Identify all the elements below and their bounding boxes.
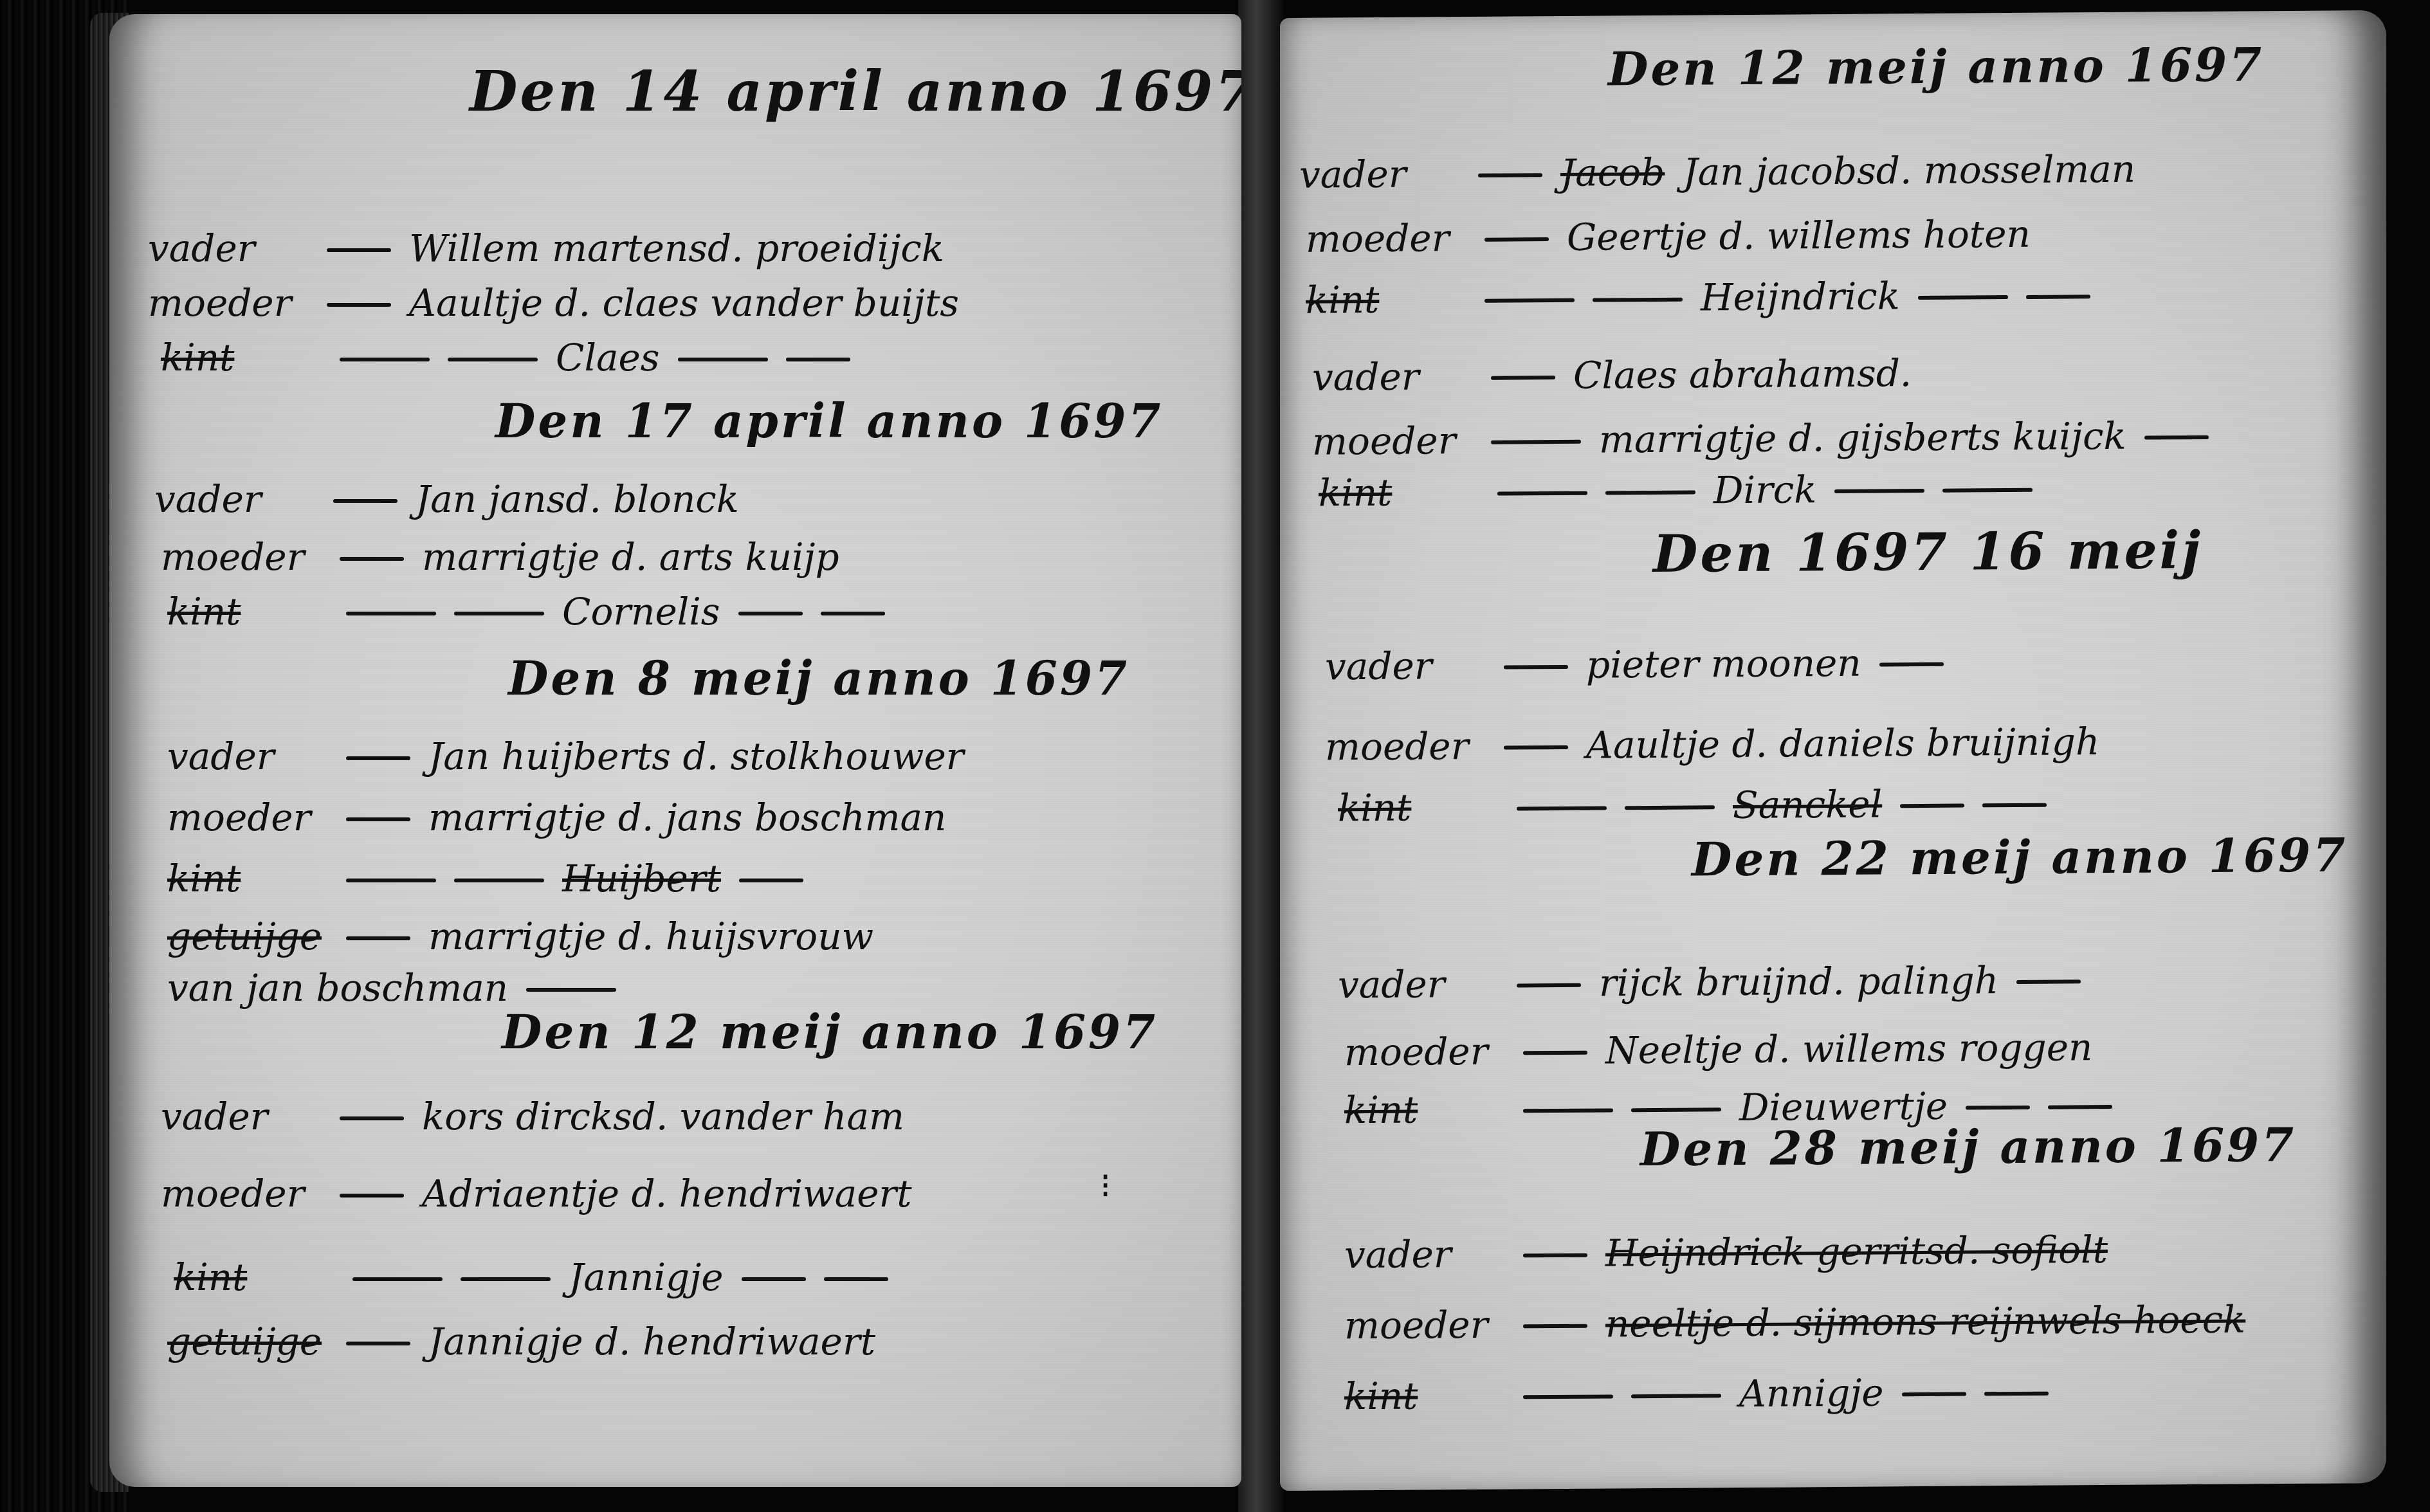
father-label: vader — [1325, 644, 1486, 689]
dash — [346, 756, 410, 760]
witness-continuation: van jan boschman — [167, 966, 508, 1010]
father-line: vader Jan jansd. blonck — [154, 477, 739, 521]
left-page: Den 14 april anno 1697 vader Willem mart… — [109, 14, 1241, 1487]
dash — [1523, 1051, 1587, 1055]
entry-date: Den 22 meij anno 1697 — [1692, 827, 2348, 886]
entry-date: Den 14 april anno 1697 — [470, 59, 1241, 124]
dash — [1984, 1392, 2049, 1396]
dash — [1497, 491, 1587, 496]
father-name: Jan huijberts d. stolkhouwer — [428, 734, 964, 778]
dash — [461, 1277, 551, 1281]
dash — [1879, 662, 1944, 667]
dash — [742, 1277, 806, 1281]
mother-name: marrigtje d. arts kuijp — [422, 535, 839, 579]
dash — [1942, 488, 2033, 493]
dash — [346, 879, 436, 882]
father-label: vader — [1338, 962, 1499, 1007]
entry-date: Den 1697 16 meij — [1653, 520, 2203, 584]
child-label: kint — [1344, 1088, 1505, 1133]
dash — [2016, 979, 2081, 984]
witness-name: marrigtje d. huijsvrouw — [428, 915, 873, 958]
father-label: vader — [161, 1095, 322, 1138]
dash — [1504, 745, 1568, 750]
dash — [1484, 237, 1549, 242]
father-name: pieter moonen — [1586, 641, 1861, 687]
child-label: kint — [1319, 470, 1479, 515]
dash — [1593, 298, 1683, 302]
child-label: kint — [167, 857, 328, 900]
father-label: vader — [1312, 354, 1473, 399]
father-name: Jan jacobsd. mosselman — [1683, 147, 2135, 194]
scan-background: Den 14 april anno 1697 vader Willem mart… — [0, 0, 2430, 1512]
child-name: Cornelis — [562, 590, 720, 633]
child-name: Huijbert — [562, 857, 721, 900]
father-name: Willem martensd. proeidijck — [409, 226, 944, 270]
father-line: vader Heijndrick gerritsd. sofiolt — [1344, 1228, 2108, 1277]
father-line: vader Jacob Jan jacobsd. mosselman — [1299, 147, 2135, 197]
mother-label: moeder — [167, 796, 328, 839]
dash — [1523, 1394, 1613, 1399]
dash — [678, 358, 768, 361]
mother-line: moeder marrigtje d. gijsberts kuijck — [1312, 414, 2209, 464]
mother-name: Aaultje d. claes vander buijts — [409, 281, 959, 325]
mother-name: marrigtje d. gijsberts kuijck — [1599, 414, 2126, 462]
dash — [1517, 806, 1607, 810]
dash — [340, 1194, 404, 1198]
dash — [1631, 1394, 1721, 1398]
mother-line: moeder marrigtje d. jans boschman — [167, 796, 946, 839]
dash — [1491, 440, 1581, 444]
child-line: kint Jannigje — [174, 1255, 888, 1299]
mother-label: moeder — [148, 281, 309, 325]
entry-date: Den 12 meij anno 1697 — [1608, 37, 2264, 96]
mother-label: moeder — [1306, 216, 1466, 261]
dash — [333, 499, 397, 503]
dash — [1504, 665, 1568, 669]
father-struck-name: Jacob — [1560, 150, 1665, 195]
father-label: vader — [167, 734, 328, 778]
entry-date: Den 12 meij anno 1697 — [502, 1005, 1158, 1059]
dash — [352, 1277, 443, 1281]
dash — [1834, 489, 1924, 493]
mother-name: Geertje d. willems hoten — [1567, 212, 2031, 259]
mother-line: moeder marrigtje d. arts kuijp — [161, 535, 839, 579]
dash — [821, 612, 885, 615]
dash — [448, 358, 538, 361]
mother-name: neeltje d. sijmons reijnwels hoeck — [1605, 1298, 2245, 1346]
child-line: kint Claes — [161, 336, 850, 379]
mother-line: moeder Adriaentje d. hendriwaert — [161, 1172, 912, 1216]
mother-line: moeder Aaultje d. claes vander buijts — [148, 281, 959, 325]
father-line: vader pieter moonen — [1325, 641, 1944, 689]
father-label: vader — [154, 477, 315, 521]
dash — [2144, 435, 2209, 440]
mother-line: moeder neeltje d. sijmons reijnwels hoec… — [1344, 1298, 2245, 1348]
dash — [1517, 983, 1581, 988]
child-label: kint — [167, 590, 328, 633]
dash — [346, 612, 436, 615]
witness-label: getuijge — [167, 915, 328, 958]
dash — [786, 358, 850, 361]
child-name: Dirck — [1713, 468, 1816, 512]
mother-name: Neeltje d. willems roggen — [1605, 1025, 2092, 1072]
father-line: vader Claes abrahamsd. — [1312, 351, 1912, 399]
child-name: Sanckel — [1733, 782, 1882, 827]
dash — [2026, 295, 2090, 299]
dash — [1625, 805, 1715, 810]
father-name: Jan jansd. blonck — [416, 477, 739, 521]
mother-line: moeder Neeltje d. willems roggen — [1344, 1025, 2092, 1074]
father-name: kors dircksd. vander ham — [422, 1095, 904, 1138]
dash — [346, 817, 410, 821]
child-label: kint — [161, 336, 322, 379]
mother-name: marrigtje d. jans boschman — [428, 796, 946, 839]
right-page: Den 12 meij anno 1697 vader Jacob Jan ja… — [1280, 10, 2386, 1491]
father-name: Claes abrahamsd. — [1573, 351, 1912, 397]
father-label: vader — [1344, 1232, 1505, 1277]
father-line: vader rijck bruijnd. palingh — [1338, 958, 2081, 1006]
child-name: Heijndrick — [1701, 274, 1900, 319]
mother-line: moeder Geertje d. willems hoten — [1306, 212, 2031, 261]
child-line: kint Annigje — [1344, 1370, 2049, 1419]
mother-name: Adriaentje d. hendriwaert — [422, 1172, 912, 1216]
father-name: Heijndrick gerritsd. sofiolt — [1605, 1228, 2108, 1275]
dash — [346, 1342, 410, 1345]
dash — [1900, 804, 1964, 808]
mother-name: Aaultje d. daniels bruijnigh — [1586, 720, 2099, 767]
child-name: Annigje — [1739, 1371, 1884, 1416]
entry-date: Den 28 meij anno 1697 — [1640, 1117, 2296, 1176]
child-line: kint Dirck — [1319, 466, 2033, 515]
dash — [1523, 1253, 1587, 1258]
father-line: vader kors dircksd. vander ham — [161, 1095, 904, 1138]
witness-label: getuijge — [167, 1320, 328, 1363]
witness-continuation-line: van jan boschman — [167, 966, 616, 1010]
father-line: vader Willem martensd. proeidijck — [148, 226, 944, 270]
dash — [1523, 1108, 1613, 1113]
child-label: kint — [174, 1255, 334, 1299]
child-name: Claes — [556, 336, 660, 379]
father-label: vader — [1299, 152, 1460, 197]
dash — [454, 879, 544, 882]
mother-label: moeder — [161, 1172, 322, 1216]
dash — [340, 557, 404, 561]
dash — [1484, 298, 1575, 303]
dash — [327, 248, 391, 252]
dash — [340, 358, 430, 361]
father-line: vader Jan huijberts d. stolkhouwer — [167, 734, 964, 778]
dash — [2048, 1105, 2112, 1109]
dash — [1491, 376, 1555, 380]
father-name: rijck bruijnd. palingh — [1599, 958, 1998, 1005]
dash — [824, 1277, 888, 1281]
child-line: kint Cornelis — [167, 590, 885, 633]
dash — [1966, 1106, 2030, 1110]
mother-label: moeder — [1312, 419, 1473, 464]
dash — [1918, 295, 2008, 300]
dash — [526, 988, 616, 992]
entry-date: Den 8 meij anno 1697 — [508, 651, 1129, 706]
child-name: Jannigje — [569, 1255, 724, 1299]
mother-line: moeder Aaultje d. daniels bruijnigh — [1325, 720, 2099, 769]
witness-line: getuijge Jannigje d. hendriwaert — [167, 1320, 875, 1363]
dash — [738, 612, 803, 615]
dash — [454, 612, 544, 615]
child-label: kint — [1306, 277, 1466, 322]
mother-label: moeder — [1344, 1030, 1505, 1075]
father-label: vader — [148, 226, 309, 270]
mother-label: moeder — [1344, 1303, 1505, 1348]
child-line: kint Huijbert — [167, 857, 803, 900]
child-label: kint — [1344, 1374, 1505, 1419]
mother-label: moeder — [161, 535, 322, 579]
dash — [739, 879, 803, 882]
dash — [1478, 173, 1542, 178]
dash — [1523, 1324, 1587, 1329]
child-label: kint — [1338, 785, 1499, 830]
child-line: kint Heijndrick — [1306, 273, 2090, 322]
dash — [327, 303, 391, 307]
dash — [1605, 490, 1695, 495]
mother-label: moeder — [1325, 724, 1486, 769]
dash — [1631, 1107, 1721, 1112]
margin-dots: ⁝ — [1100, 1165, 1111, 1206]
child-line: kint Sanckel — [1338, 781, 2047, 830]
entry-date: Den 17 april anno 1697 — [495, 394, 1163, 448]
dash — [1902, 1392, 1966, 1397]
dash — [340, 1116, 404, 1120]
dash — [1982, 803, 2047, 808]
book-gutter — [1238, 0, 1283, 1512]
dash — [346, 936, 410, 940]
witness-name: Jannigje d. hendriwaert — [428, 1320, 875, 1363]
witness-line: getuijge marrigtje d. huijsvrouw — [167, 915, 873, 958]
